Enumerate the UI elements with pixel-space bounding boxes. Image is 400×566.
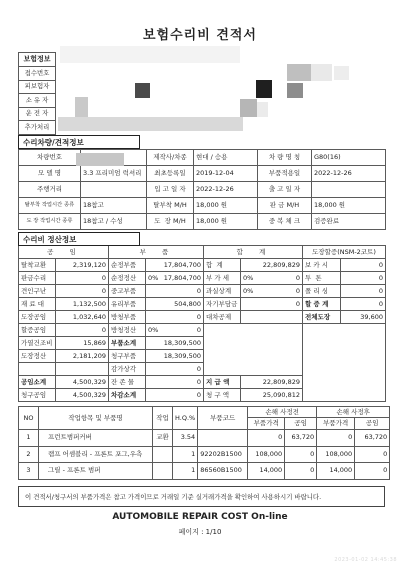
label-vehicle-no: 차량번호: [19, 150, 81, 166]
label-heat-dry: 가열건조비: [19, 337, 56, 350]
vehicle-info-section: 차량번호제작사/차종현대 / 승용차 량 명 칭G80(16)모 델 명3.3 …: [18, 149, 386, 230]
label-paint-mh: 도 장 M/H: [147, 214, 194, 230]
value-billed-labor: 4,500,329: [56, 389, 109, 402]
price-before: 0: [248, 430, 285, 447]
settlement-table: 공 임부 품합 계도장할증(NSM-2코트)탈착교환2,319,120순정부품1…: [18, 245, 386, 402]
label-billed-parts: 청구부품: [109, 350, 146, 363]
value-vehicle-name: G80(16): [312, 150, 386, 166]
header-part-price-after: 부품가격: [317, 418, 355, 430]
value-surcharge-total: 0: [341, 298, 386, 311]
label-owner: 소 유 자: [19, 94, 56, 108]
labor-before: 0: [285, 446, 317, 463]
label-model: 모 델 명: [19, 166, 81, 182]
value-maker: 현대 / 승용: [194, 150, 258, 166]
label-fault-offset: 과실상계: [204, 285, 241, 298]
value-sheetmetal-repair: 0: [56, 272, 109, 285]
value-parts-subtotal: 18,309,500: [146, 337, 204, 350]
labor-after: 0: [355, 463, 390, 480]
item-name: 그릴 - 프론트 범퍼: [39, 463, 153, 480]
value-billed-amount: 25,090,812: [241, 389, 303, 402]
label-paint-worktime-type: 도 장 작업시간 종류: [19, 214, 81, 230]
item-name: 프런트범퍼커버: [39, 430, 153, 447]
header-no: NO: [19, 407, 39, 430]
header-labor-after: 공임: [355, 418, 390, 430]
value-remove-mh: 18,000 원: [194, 198, 258, 214]
label-surcharge-labor: 할증공임: [19, 324, 56, 337]
label-blending: 보 카 시: [303, 259, 341, 272]
value-remove-exchange: 2,319,120: [56, 259, 109, 272]
value-paint-mh: 18,000 원: [194, 214, 258, 230]
value-genuine-parts: 17,804,700: [146, 259, 204, 272]
value-towing: 0: [56, 285, 109, 298]
label-rental-deduct: 대차공제: [204, 311, 241, 324]
label-labor-subtotal: 공임소계: [19, 376, 56, 389]
label-deductible: 자기부담금: [204, 298, 241, 311]
footer-watermark: 2023-01-02 14:45:38: [334, 557, 397, 563]
label-glass-parts: 유리부품: [109, 298, 146, 311]
redaction-box: [58, 117, 243, 131]
work-type: [153, 446, 173, 463]
redaction-box: [135, 83, 150, 98]
percent-value: 0%: [148, 275, 158, 282]
label-in-date: 입 고 일 자: [147, 182, 194, 198]
empty-surcharge-area: [303, 324, 386, 402]
header-paint-surcharge: 도장할증(NSM-2코트): [303, 246, 386, 259]
value-parts-date: 2022-12-26: [312, 166, 386, 182]
value-polishing: 0: [341, 285, 386, 298]
label-sheetmetal-mh: 판 금 M/H: [258, 198, 312, 214]
label-polishing: 폴 리 싱: [303, 285, 341, 298]
header-after-adjust: 손해 사정후: [317, 407, 390, 418]
part-code: 92202B1500: [198, 446, 248, 463]
work-items-section: NO작업항목 및 부품명작업H.Q.%부품코드손해 사정전손해 사정후부품가격공…: [18, 406, 390, 480]
label-surcharge-total: 할 증 계: [303, 298, 341, 311]
redaction-box: [76, 153, 124, 166]
value-first-reg: 2019-12-04: [194, 166, 258, 182]
percent-value: 0%: [243, 288, 253, 295]
item-name: 램프 어셈블리 - 프론트 포그,우측: [39, 446, 153, 463]
work-type: 교환: [153, 430, 173, 447]
hq-value: 1: [173, 463, 198, 480]
value-rustproof-parts: 0: [146, 311, 204, 324]
label-salvage: 잔 존 물: [109, 376, 146, 389]
label-insured: 피보험자: [19, 80, 56, 94]
vehicle-section-title: 수리차량/견적정보: [18, 135, 140, 149]
value-salvage: 0: [146, 376, 204, 389]
value-remove-worktime-type: 18참고: [81, 198, 147, 214]
label-rustproof-settle: 방청정산: [109, 324, 146, 337]
row-no: 1: [19, 430, 39, 447]
value-billed-parts: 18,309,500: [146, 350, 204, 363]
hq-value: 1: [173, 446, 198, 463]
label-rustproof-parts: 방청부품: [109, 311, 146, 324]
header-part-code: 부품코드: [198, 407, 248, 430]
work-table: NO작업항목 및 부품명작업H.Q.%부품코드손해 사정전손해 사정후부품가격공…: [18, 406, 390, 480]
part-code: [198, 430, 248, 447]
redaction-box: [311, 64, 332, 81]
label-out-date: 출 고 일 자: [258, 182, 312, 198]
value-sum: 22,809,829: [241, 259, 303, 272]
label-material: 재 료 대: [19, 298, 56, 311]
value-material: 1,132,500: [56, 298, 109, 311]
value-depreciation: 0: [146, 363, 204, 376]
value-sheetmetal-mh: 18,000 원: [312, 198, 386, 214]
label-billed-labor: 청구공임: [19, 389, 56, 402]
label-full-paint: 전체도장: [303, 311, 341, 324]
value-deduct-subtotal: 0: [146, 389, 204, 402]
redaction-box: [287, 83, 303, 98]
label-vat: 부 가 세: [204, 272, 241, 285]
label-used-parts: 중고부품: [109, 285, 146, 298]
empty-labor-label: [19, 363, 56, 376]
header-labor-before: 공임: [285, 418, 317, 430]
price-after: 14,000: [317, 463, 355, 480]
header-work: 작업: [153, 407, 173, 430]
value-rental-deduct: [241, 311, 303, 324]
value-blending: 0: [341, 259, 386, 272]
value-payment-amount: 22,809,829: [241, 376, 303, 389]
label-genuine-parts: 순정부품: [109, 259, 146, 272]
disclaimer-text: 이 견적서/청구서의 부품가격은 참고 가격이므로 거래일 기준 실거래가격을 …: [25, 492, 321, 501]
hq-value: 3.54: [173, 430, 198, 447]
label-vehicle-name: 차 량 명 칭: [258, 150, 312, 166]
percent-value: 0%: [243, 275, 253, 282]
label-receipt-no: 접수번호: [19, 67, 56, 81]
header-before-adjust: 손해 사정전: [248, 407, 317, 418]
label-dup-check: 중 복 체 크: [258, 214, 312, 230]
redaction-box: [256, 80, 272, 98]
value-full-paint: 39,600: [341, 311, 386, 324]
redaction-box: [257, 102, 268, 117]
label-maker: 제작사/차종: [147, 150, 194, 166]
footer-page-number: 페이지 : 1/10: [0, 527, 400, 537]
header-part-price-before: 부품가격: [248, 418, 285, 430]
value-deductible: 0: [241, 298, 303, 311]
label-mileage: 주행거리: [19, 182, 81, 198]
value-dup-check: 검증완료: [312, 214, 386, 230]
redaction-box: [240, 99, 257, 117]
vehicle-table: 차량번호제작사/차종현대 / 승용차 량 명 칭G80(16)모 델 명3.3 …: [18, 149, 386, 230]
label-parts-subtotal: 부품소계: [109, 337, 146, 350]
value-rustproof-settle: 0%0: [146, 324, 204, 337]
settlement-section: 공 임부 품합 계도장할증(NSM-2코트)탈착교환2,319,120순정부품1…: [18, 245, 386, 402]
redaction-box: [334, 66, 349, 80]
percent-value: 0%: [148, 327, 158, 334]
disclaimer-box: 이 견적서/청구서의 부품가격은 참고 가격이므로 거래일 기준 실거래가격을 …: [18, 486, 385, 507]
value-heat-dry: 15,869: [56, 337, 109, 350]
value-paint-labor: 1,032,640: [56, 311, 109, 324]
row-no: 2: [19, 446, 39, 463]
value-model: 3.3 프리미엄 럭셔리: [81, 166, 147, 182]
document-title: 보험수리비 견적서: [0, 24, 400, 43]
value-genuine-settle: 0%17,804,700: [146, 272, 204, 285]
label-sheetmetal-repair: 판금수리: [19, 272, 56, 285]
label-extra-process: 추가처리: [19, 121, 56, 135]
label-remove-mh: 탈부착 M/H: [147, 198, 194, 214]
label-parts-date: 부품적용일: [258, 166, 312, 182]
value-used-parts: 0: [146, 285, 204, 298]
labor-after: 0: [355, 446, 390, 463]
value-paint-worktime-type: 18참고 / 수성: [81, 214, 147, 230]
label-billed-amount: 청 구 액: [204, 389, 241, 402]
price-after: 108,000: [317, 446, 355, 463]
footer-app-title: AUTOMOBILE REPAIR COST On-line: [0, 512, 400, 522]
insurance-info-section: 보험정보접수번호피보험자소 유 자운 전 자추가처리: [18, 52, 56, 135]
value-out-date: [312, 182, 386, 198]
row-no: 3: [19, 463, 39, 480]
work-type: [153, 463, 173, 480]
labor-after: 63,720: [355, 430, 390, 447]
header-parts: 부 품: [109, 246, 204, 259]
value-surcharge-labor: 0: [56, 324, 109, 337]
part-code: 86560B1500: [198, 463, 248, 480]
label-two-tone: 투 톤: [303, 272, 341, 285]
label-remove-worktime-type: 탈부착 작업시간 종류: [19, 198, 81, 214]
labor-before: 0: [285, 463, 317, 480]
value-in-date: 2022-12-26: [194, 182, 258, 198]
value-vat: 0%0: [241, 272, 303, 285]
label-payment-amount: 지 급 액: [204, 376, 241, 389]
value-two-tone: 0: [341, 272, 386, 285]
label-sum: 합 계: [204, 259, 241, 272]
label-remove-exchange: 탈착교환: [19, 259, 56, 272]
label-paint-settle: 도장정산: [19, 350, 56, 363]
label-towing: 견인구난: [19, 285, 56, 298]
label-deduct-subtotal: 차감소계: [109, 389, 146, 402]
empty-total-area: [204, 324, 303, 376]
value-paint-settle: 2,181,209: [56, 350, 109, 363]
insurance-table: 보험정보접수번호피보험자소 유 자운 전 자추가처리: [18, 52, 56, 135]
redaction-box: [60, 46, 240, 63]
redaction-box: [75, 97, 88, 117]
price-before: 108,000: [248, 446, 285, 463]
price-after: 0: [317, 430, 355, 447]
label-paint-labor: 도장공임: [19, 311, 56, 324]
value-labor-subtotal: 4,500,329: [56, 376, 109, 389]
header-item-name: 작업항목 및 부품명: [39, 407, 153, 430]
header-hq: H.Q.%: [173, 407, 198, 430]
estimate-document-page: 보험수리비 견적서 보험정보접수번호피보험자소 유 자운 전 자추가처리 수리차…: [0, 0, 400, 566]
header-total: 합 계: [204, 246, 303, 259]
redaction-box: [287, 64, 311, 81]
empty-labor-value: [56, 363, 109, 376]
label-genuine-settle: 순정정산: [109, 272, 146, 285]
value-fault-offset: 0%0: [241, 285, 303, 298]
price-before: 14,000: [248, 463, 285, 480]
value-mileage: [81, 182, 147, 198]
value-glass-parts: 504,800: [146, 298, 204, 311]
labor-before: 63,720: [285, 430, 317, 447]
label-depreciation: 감가상각: [109, 363, 146, 376]
header-labor: 공 임: [19, 246, 109, 259]
insurance-section-title: 보험정보: [19, 53, 56, 67]
label-driver: 운 전 자: [19, 107, 56, 121]
label-first-reg: 최초등록일: [147, 166, 194, 182]
settlement-section-title: 수리비 정산정보: [18, 232, 140, 246]
